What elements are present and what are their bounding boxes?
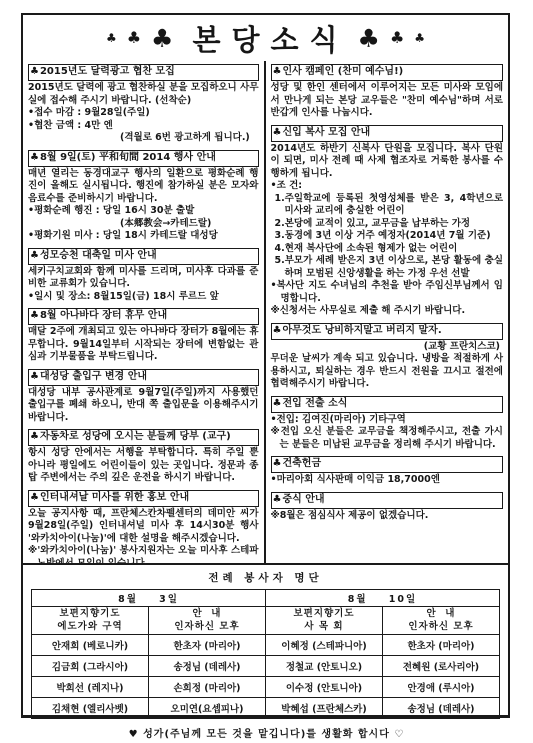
section-line: 복사단 지도 수녀님의 추천을 받아 주임신부님께서 임명합니다. [271,280,504,305]
section-title: 전입 전출 소식 [282,398,347,409]
section-line: 무더운 날씨가 계속 되고 있습니다. 냉방을 적절하게 사용하시고, 퇴실하는… [271,353,504,391]
section: ♣중식 안내※8월은 점심식사 제공이 없겠습니다. [271,492,504,523]
volunteer-cell: 이수정 (안토니아) [266,677,383,698]
volunteer-cell: 한초자 (마리아) [149,635,266,656]
club-icon: ♣ [30,250,39,261]
section-line: 3.동경에 3년 이상 거주 예정자(2014년 7월 기준) [271,230,504,243]
club-icon: ♣ [273,398,282,409]
page-border: ♣♣♣ 본당소식 ♣♣♣ ♣2015년도 달력광고 협찬 모집2015년도 달력… [21,13,510,718]
section-line: ※8월은 점심식사 제공이 없겠습니다. [271,510,504,523]
right-column: ♣인사 캠페인 (찬미 예수님!)성당 및 한인 센터에서 이루어지는 모든 미… [266,61,509,563]
section-line: 대성당 내부 공사관계로 9월7일(주일)까지 사용했던 출입구를 폐쇄 하오니… [28,387,259,425]
section-title: 성모승천 대축일 미사 안내 [40,250,157,261]
section-line: (本郷教会→카테드랄) [28,218,259,231]
section-header: ♣중식 안내 [271,492,504,509]
section-line: 오늘 공지사항 때, 프란체스칸차펠센터의 데미안 씨가 9월28일(주일) 인… [28,508,259,546]
section-title: 대성당 출입구 변경 안내 [40,371,147,382]
section-line: (교황 프란치스코) [271,341,504,354]
role-header-line: 사 목 회 [266,621,382,634]
volunteer-cell: 정철교 (안토니오) [266,656,383,677]
section: ♣인터내셔날 미사를 위한 홍보 안내오늘 공지사항 때, 프란체스칸차펠센터의… [28,490,259,566]
club-icon: ♣ [273,494,282,505]
section-line: 협찬 금액 : 4만 엔 [28,120,259,133]
volunteer-cell: 송정님 (데레사) [149,656,266,677]
volunteer-cell: 한초자 (마리아) [383,635,500,656]
volunteer-roster-table: 8월 3일8월 10일보편지향기도에도가와 구역안 내인자하신 모후보편지향기도… [31,589,500,719]
volunteer-cell: 김채현 (엘리사벳) [32,698,149,719]
section-title: 자동차로 성당에 오시는 분들께 당부 (교구) [40,431,231,442]
section-header: ♣8월 9일(토) 平和旬間 2014 행사 안내 [28,150,259,167]
section-title: 인터내셔날 미사를 위한 홍보 안내 [40,492,189,503]
section-line: 2015년도 달력에 광고 협찬하실 분을 모집하오니 사무실에 접수해 주시기… [28,82,259,107]
section-line: 일시 및 장소: 8월15일(금) 18시 루르드 앞 [28,291,259,304]
section-line: 2.본당에 교적이 있고, 교무금을 납부하는 가정 [271,218,504,231]
volunteer-cell: 전혜원 (로사리아) [383,656,500,677]
footer-note: ♥ 성가(주님께 모든 것을 맡깁니다)를 생활화 합시다 ♡ [0,725,533,740]
date-header: 8월 3일 [32,590,266,607]
section-line: 조 건: [271,180,504,193]
date-header: 8월 10일 [266,590,500,607]
volunteer-cell: 손희정 (마리아) [149,677,266,698]
section-line: 마리아회 식사판매 이익금 18,7000엔 [271,474,504,487]
club-icon: ♣ [273,458,282,469]
section: ♣성모승천 대축일 미사 안내세키구치교회와 함께 미사를 드리며, 미사후 다… [28,248,259,304]
roster-title: 전례 봉사자 명단 [31,570,500,585]
section-header: ♣인사 캠페인 (찬미 예수님!) [271,64,504,81]
club-icon: ♣ [30,152,39,163]
section-header: ♣신입 복사 모집 안내 [271,125,504,142]
club-icon: ♣ [127,30,141,46]
section-title: 2015년도 달력광고 협찬 모집 [40,66,175,77]
section-title: 신입 복사 모집 안내 [282,127,370,138]
section-line: 세키구치교회와 함께 미사를 드리며, 미사후 다과를 준비한 교류회가 있습니… [28,266,259,291]
section-line: ※'와카치아이(나눔)' 봉사지원자는 오늘 미사후 스테파노방에서 모임이 있… [28,545,259,565]
role-header-line: 인자하신 모후 [383,621,499,634]
section-header: ♣전입 전출 소식 [271,396,504,413]
role-header-line: 에도가와 구역 [32,621,148,634]
section-title: 건축헌금 [282,458,321,469]
page-title: ♣♣♣ 본당소식 ♣♣♣ [23,15,508,61]
section: ♣8월 아나바다 장터 휴무 안내매달 2주에 개최되고 있는 아나바다 장터가… [28,308,259,364]
role-header-line: 안 내 [383,608,499,621]
section-header: ♣대성당 출입구 변경 안내 [28,369,259,386]
section: ♣건축헌금마리아회 식사판매 이익금 18,7000엔 [271,456,504,487]
club-icon: ♣ [273,325,282,336]
club-icons-left: ♣♣♣ [101,26,179,51]
volunteer-cell: 박혜섭 (프란체스카) [266,698,383,719]
section: ♣신입 복사 모집 안내2014년도 하반기 신복사 단원을 모집니다. 복사 … [271,125,504,318]
section-line: 매달 2주에 개최되고 있는 아나바다 장터가 8월에는 휴무합니다. 9월14… [28,326,259,364]
section-line: 항시 성당 안에서는 서행을 부탁합니다. 특히 주일 뿐 아니라 평일에도 어… [28,447,259,485]
section-title: 중식 안내 [282,494,324,505]
section-line: 평화순례 행진 : 당일 16시 30분 출발 [28,205,259,218]
club-icon: ♣ [358,26,380,51]
section-line: 5.부모가 세례 받은지 3년 이상으로, 본당 활동에 충실하며 모범된 신앙… [271,255,504,280]
role-header: 보편지향기도사 목 회 [266,607,383,635]
club-icon: ♣ [30,492,39,503]
section-line: 성당 및 한인 센터에서 이루어지는 모든 미사와 모임에서 만나게 되는 본당… [271,82,504,120]
section-line: ※전입 오신 분들은 교무금을 책정해주시고, 전출 가시는 분들은 미납된 교… [271,426,504,451]
volunteer-row: 김금희 (그라시아)송정님 (데레사)정철교 (안토니오)전혜원 (로사리아) [32,656,500,677]
section-line: 전입: 김여진(마리아) 기타구역 [271,414,504,427]
club-icon: ♣ [30,431,39,442]
volunteer-row: 김채현 (엘리사벳)오미연(요셉피나)박혜섭 (프란체스카)송정님 (데레사) [32,698,500,719]
section-line: 접수 마감 : 9월28일(주일) [28,107,259,120]
section: ♣대성당 출입구 변경 안내대성당 내부 공사관계로 9월7일(주일)까지 사용… [28,369,259,425]
volunteer-cell: 송정님 (데레사) [383,698,500,719]
club-icons-right: ♣♣♣ [353,26,431,51]
club-icon: ♣ [273,66,282,77]
section: ♣전입 전출 소식전입: 김여진(마리아) 기타구역※전입 오신 분들은 교무금… [271,396,504,452]
section-header: ♣인터내셔날 미사를 위한 홍보 안내 [28,490,259,507]
role-header-row: 보편지향기도에도가와 구역안 내인자하신 모후보편지향기도사 목 회안 내인자하… [32,607,500,635]
section-line: ※신청서는 사무실로 제출 해 주시기 바랍니다. [271,305,504,318]
section-header: ♣자동차로 성당에 오시는 분들께 당부 (교구) [28,429,259,446]
section: ♣아무것도 낭비하지말고 버리지 말자.(교황 프란치스코)무더운 날씨가 계속… [271,323,504,391]
club-icon: ♣ [30,310,39,321]
roster-area: 전례 봉사자 명단 8월 3일8월 10일보편지향기도에도가와 구역안 내인자하… [23,565,508,719]
club-icon: ♣ [414,32,425,44]
role-header: 안 내인자하신 모후 [149,607,266,635]
left-column: ♣2015년도 달력광고 협찬 모집2015년도 달력에 광고 협찬하실 분을 … [23,61,266,563]
section-title: 아무것도 낭비하지말고 버리지 말자. [282,325,441,336]
club-icon: ♣ [30,371,39,382]
section-header: ♣8월 아나바다 장터 휴무 안내 [28,308,259,325]
volunteer-cell: 안경애 (루시아) [383,677,500,698]
role-header-line: 보편지향기도 [266,608,382,621]
role-header-line: 안 내 [149,608,265,621]
section: ♣인사 캠페인 (찬미 예수님!)성당 및 한인 센터에서 이루어지는 모든 미… [271,64,504,120]
section-title: 8월 9일(토) 平和旬間 2014 행사 안내 [40,152,216,163]
announcement-columns: ♣2015년도 달력광고 협찬 모집2015년도 달력에 광고 협찬하실 분을 … [23,61,508,565]
section-line: 평화기원 미사 : 당일 18시 카테드랄 대성당 [28,230,259,243]
club-icon: ♣ [30,66,39,77]
volunteer-cell: 이혜정 (스테파니아) [266,635,383,656]
club-icon: ♣ [273,127,282,138]
section-line: 2014년도 하반기 신복사 단원을 모집니다. 복사 단원이 되면, 미사 전… [271,143,504,181]
section: ♣자동차로 성당에 오시는 분들께 당부 (교구)항시 성당 안에서는 서행을 … [28,429,259,485]
section-header: ♣아무것도 낭비하지말고 버리지 말자. [271,323,504,340]
volunteer-cell: 박희선 (레지나) [32,677,149,698]
section-header: ♣건축헌금 [271,456,504,473]
club-icon: ♣ [106,32,117,44]
section-title: 인사 캠페인 (찬미 예수님!) [282,66,403,77]
volunteer-cell: 오미연(요셉피나) [149,698,266,719]
section-line: 매년 열리는 동경대교구 행사의 일환으로 평화순례 행진이 올해도 실시됩니다… [28,168,259,206]
title-text: 본당소식 [178,18,348,59]
date-header-row: 8월 3일8월 10일 [32,590,500,607]
section-title: 8월 아나바다 장터 휴무 안내 [40,310,167,321]
volunteer-cell: 안재희 (베로니카) [32,635,149,656]
role-header: 안 내인자하신 모후 [383,607,500,635]
bulletin-page: ♣♣♣ 본당소식 ♣♣♣ ♣2015년도 달력광고 협찬 모집2015년도 달력… [0,0,533,743]
club-icon: ♣ [151,26,173,51]
volunteer-row: 안재희 (베로니카)한초자 (마리아)이혜정 (스테파니아)한초자 (마리아) [32,635,500,656]
section-header: ♣2015년도 달력광고 협찬 모집 [28,64,259,81]
section-line: (격월로 6번 광고하게 됩니다.) [28,132,259,145]
section-header: ♣성모승천 대축일 미사 안내 [28,248,259,265]
volunteer-row: 박희선 (레지나)손희정 (마리아)이수정 (안토니아)안경애 (루시아) [32,677,500,698]
role-header-line: 보편지향기도 [32,608,148,621]
section-line: 1.주일학교에 등록된 첫영성체를 받은 3, 4학년으로 미사와 교리에 충실… [271,193,504,218]
section-line: 4.현재 복사단에 소속된 형제가 없는 어린이 [271,243,504,256]
volunteer-cell: 김금희 (그라시아) [32,656,149,677]
section: ♣8월 9일(토) 平和旬間 2014 행사 안내매년 열리는 동경대교구 행사… [28,150,259,243]
club-icon: ♣ [390,30,404,46]
role-header-line: 인자하신 모후 [149,621,265,634]
role-header: 보편지향기도에도가와 구역 [32,607,149,635]
section: ♣2015년도 달력광고 협찬 모집2015년도 달력에 광고 협찬하실 분을 … [28,64,259,145]
